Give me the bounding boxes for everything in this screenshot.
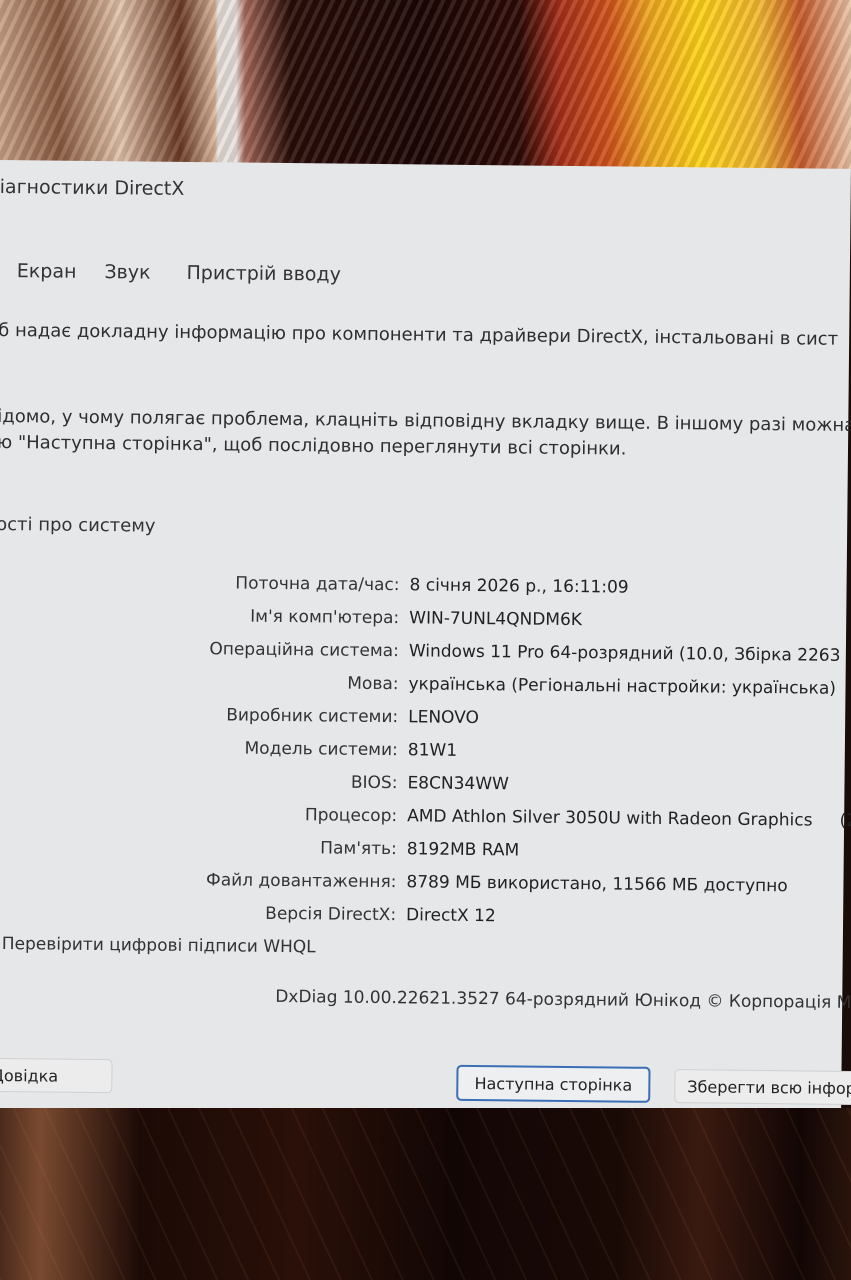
tab-bar: Екран Звук Пристрій вводу — [17, 260, 369, 286]
system-info-section-title: ості про систему — [0, 514, 156, 537]
directx-diagnostic-window: іагностики DirectX Екран Звук Пристрій в… — [0, 160, 851, 1117]
tab-display[interactable]: Екран — [17, 260, 77, 283]
info-label: Версія DirectX: — [0, 900, 396, 924]
info-label: Виробник системи: — [0, 702, 398, 726]
info-label: Ім'я комп'ютера: — [0, 603, 399, 627]
info-label: Операційна система: — [0, 636, 399, 660]
info-value: 8789 МБ використано, 11566 МБ доступно — [396, 872, 787, 896]
system-info-table: Поточна дата/час: 8 січня 2026 р., 16:11… — [0, 564, 851, 936]
info-label: Пам'ять: — [0, 834, 397, 858]
info-value: 8192MB RAM — [397, 839, 520, 860]
tab-sound[interactable]: Звук — [104, 261, 150, 283]
info-label: Процесор: — [0, 801, 397, 825]
info-label: BIOS: — [0, 768, 398, 792]
whql-checkbox-label: Перевірити цифрові підписи WHQL — [2, 934, 316, 957]
next-page-button[interactable]: Наступна сторінка — [456, 1065, 650, 1103]
info-value: AMD Athlon Silver 3050U with Radeon Grap… — [397, 806, 851, 831]
info-value: LENOVO — [398, 707, 479, 728]
tab-input[interactable]: Пристрій вводу — [186, 262, 341, 286]
info-label: Поточна дата/час: — [0, 570, 400, 594]
desktop-wallpaper-bottom — [0, 1108, 851, 1280]
window-title: іагностики DirectX — [0, 176, 184, 200]
info-value: 81W1 — [398, 740, 457, 761]
dxdiag-version-line: DxDiag 10.00.22621.3527 64-розрядний Юні… — [275, 987, 851, 1013]
description-line-3: ю "Наступна сторінка", щоб послідовно пе… — [0, 432, 626, 460]
description-line-2: ідомо, у чому полягає проблема, клацніть… — [0, 406, 851, 436]
help-button[interactable]: Довідка — [0, 1058, 113, 1093]
info-value: E8CN34WW — [397, 773, 509, 794]
info-value: Windows 11 Pro 64-розрядний (10.0, Збірк… — [399, 641, 841, 666]
whql-check-option[interactable]: Перевірити цифрові підписи WHQL — [0, 934, 316, 957]
desktop-wallpaper-top — [0, 0, 851, 170]
info-label: Модель системи: — [0, 735, 398, 759]
info-value: DirectX 12 — [396, 905, 496, 926]
description-line-1: б надає докладну інформацію про компонен… — [0, 320, 838, 350]
info-label: Мова: — [0, 669, 399, 693]
info-value: 8 січня 2026 р., 16:11:09 — [399, 575, 628, 597]
save-all-info-button[interactable]: Зберегти всю інфор — [674, 1069, 851, 1105]
info-label: Файл довантаження: — [0, 867, 397, 891]
info-value: WIN-7UNL4QNDM6K — [399, 608, 582, 630]
info-value: українська (Регіональні настройки: украї… — [398, 674, 836, 699]
